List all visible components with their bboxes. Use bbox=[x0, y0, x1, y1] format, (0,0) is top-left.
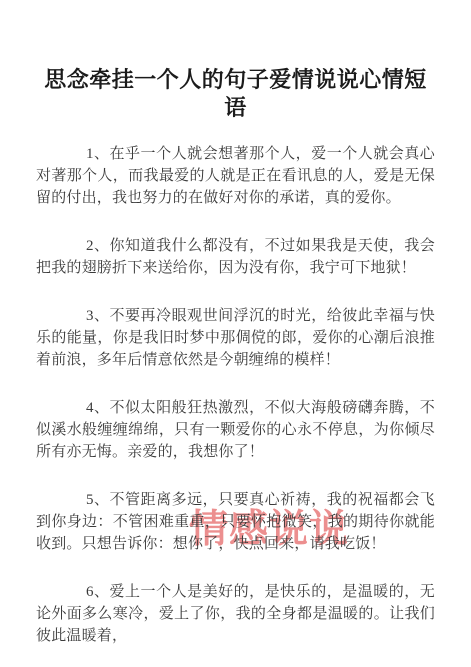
document-page: 情感说说 思念牵挂一个人的句子爱情说说心情短语 1、在乎一个人就会想著那个人，爱… bbox=[0, 0, 471, 667]
paragraph-4: 4、不似太阳般狂热激烈，不似大海般磅礴奔腾，不似溪水般缠缠绵绵，只有一颗爱你的心… bbox=[36, 397, 435, 463]
paragraph-3: 3、不要再冷眼观世间浮沉的时光，给彼此幸福与快乐的能量，你是我旧时梦中那倜傥的郎… bbox=[36, 305, 435, 371]
paragraph-1: 1、在乎一个人就会想著那个人，爱一个人就会真心对著那个人，而我最爱的人就是正在看… bbox=[36, 143, 435, 209]
page-title: 思念牵挂一个人的句子爱情说说心情短语 bbox=[36, 66, 435, 122]
paragraph-2: 2、你知道我什么都没有，不过如果我是天使，我会把我的翅膀折下来送给你，因为没有你… bbox=[36, 235, 435, 279]
paragraph-6: 6、爱上一个人是美好的，是快乐的，是温暖的，无论外面多么寒冷，爱上了你，我的全身… bbox=[36, 581, 435, 647]
paragraph-5: 5、不管距离多远，只要真心祈祷，我的祝福都会飞到你身边：不管困难重重，只要怀抱微… bbox=[36, 489, 435, 555]
document-content: 思念牵挂一个人的句子爱情说说心情短语 1、在乎一个人就会想著那个人，爱一个人就会… bbox=[0, 0, 471, 647]
